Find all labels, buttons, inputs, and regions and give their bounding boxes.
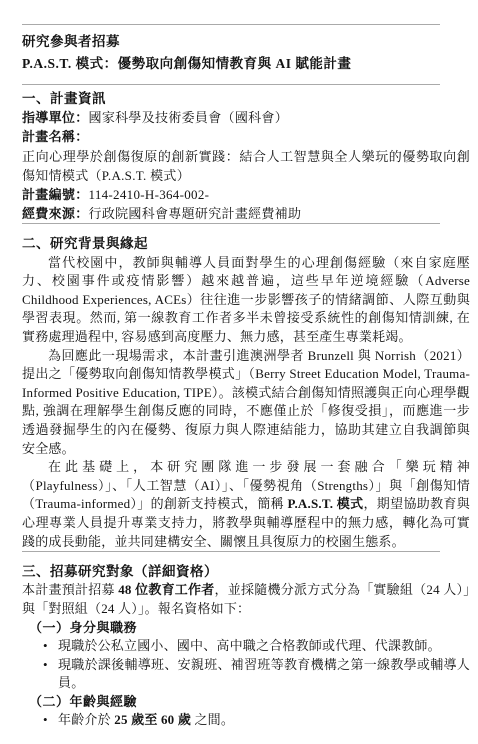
bullet-icon: • [43,711,58,730]
list-item: • 現職於課後輔導班、安親班、補習班等教育機構之第一線教學或輔導人員。 [22,656,470,693]
section-heading-background: 二、研究背景與緣起 [22,234,470,253]
past-model-emphasis: P.A.S.T. 模式 [288,496,364,511]
field-funding-value: 行政院國科會專題研究計畫經費補助 [89,206,302,221]
field-project-name-value: 正向心理學於創傷復原的創新實踐：結合人工智慧與全人樂玩的優勢取向創傷知情模式（P… [22,147,470,185]
page-title: P.A.S.T. 模式：優勢取向創傷知情教育與 AI 賦能計畫 [22,53,470,75]
age-range-emphasis: 25 歲至 60 歲 [114,712,191,727]
section-recruitment: 三、招募研究對象（詳細資格） 本計畫預計招募 48 位教育工作者，並採隨機分派方… [22,562,470,730]
subsection-identity-heading: （一）身分與職務 [22,619,470,638]
field-supervisor-value: 國家科學及技術委員會（國科會） [89,110,289,125]
divider-section-2 [22,551,440,552]
field-project-code-label: 計畫編號： [22,187,89,202]
section-project-info: 一、計畫資訊 指導單位：國家科學及技術委員會（國科會） 計畫名稱： 正向心理學於… [22,89,470,223]
section-heading-recruitment: 三、招募研究對象（詳細資格） [22,562,470,581]
age-bullet-rest: 之間。 [191,712,234,727]
recruitment-intro-text: 本計畫預計招募 [22,582,118,597]
background-paragraph-2: 為回應此一現場需求，本計畫引進澳洲學者 Brunzell 與 Norrish（2… [22,347,470,459]
divider-top [22,24,440,25]
field-project-code: 計畫編號：114-2410-H-364-002- [22,185,470,204]
recruit-count-emphasis: 48 位教育工作者 [118,582,214,597]
bullet-icon: • [43,656,58,693]
background-paragraph-3: 在此基礎上，本研究團隊進一步發展一套融合「樂玩精神（Playfulness）」、… [22,458,470,551]
list-item: • 現職於公私立國小、國中、高中職之合格教師或代理、代課教師。 [22,637,470,656]
bullet-icon: • [43,637,58,656]
field-funding: 經費來源：行政院國科會專題研究計畫經費補助 [22,204,470,223]
divider-title [22,84,440,85]
recruitment-label: 研究參與者招募 [22,31,470,53]
field-project-name-label: 計畫名稱： [22,129,89,144]
bullet-text: 年齡介於 25 歲至 60 歲 之間。 [58,711,470,730]
field-funding-label: 經費來源： [22,206,89,221]
subsection-age-heading: （二）年齡與經驗 [22,693,470,712]
field-supervisor: 指導單位：國家科學及技術委員會（國科會） [22,108,470,127]
title-block: 研究參與者招募 P.A.S.T. 模式：優勢取向創傷知情教育與 AI 賦能計畫 [22,31,470,75]
section-background: 二、研究背景與緣起 當代校園中，教師與輔導人員面對學生的心理創傷經驗（來自家庭壓… [22,234,470,551]
field-project-name-label-row: 計畫名稱： [22,127,470,146]
list-item: • 年齡介於 25 歲至 60 歲 之間。 [22,711,470,730]
bullet-text: 現職於課後輔導班、安親班、補習班等教育機構之第一線教學或輔導人員。 [58,656,470,693]
section-heading-info: 一、計畫資訊 [22,89,470,108]
field-supervisor-label: 指導單位： [22,110,89,125]
bullet-text: 現職於公私立國小、國中、高中職之合格教師或代理、代課教師。 [58,637,470,656]
divider-section-1 [22,223,440,224]
background-paragraph-1: 當代校園中，教師與輔導人員面對學生的心理創傷經驗（來自家庭壓力、校園事件或疫情影… [22,254,470,347]
field-project-code-value: 114-2410-H-364-002- [89,187,210,202]
recruitment-intro: 本計畫預計招募 48 位教育工作者，並採隨機分派方式分為「實驗組（24 人）」與… [22,581,470,618]
document-page: 研究參與者招募 P.A.S.T. 模式：優勢取向創傷知情教育與 AI 賦能計畫 … [0,0,478,744]
age-bullet-text: 年齡介於 [58,712,114,727]
